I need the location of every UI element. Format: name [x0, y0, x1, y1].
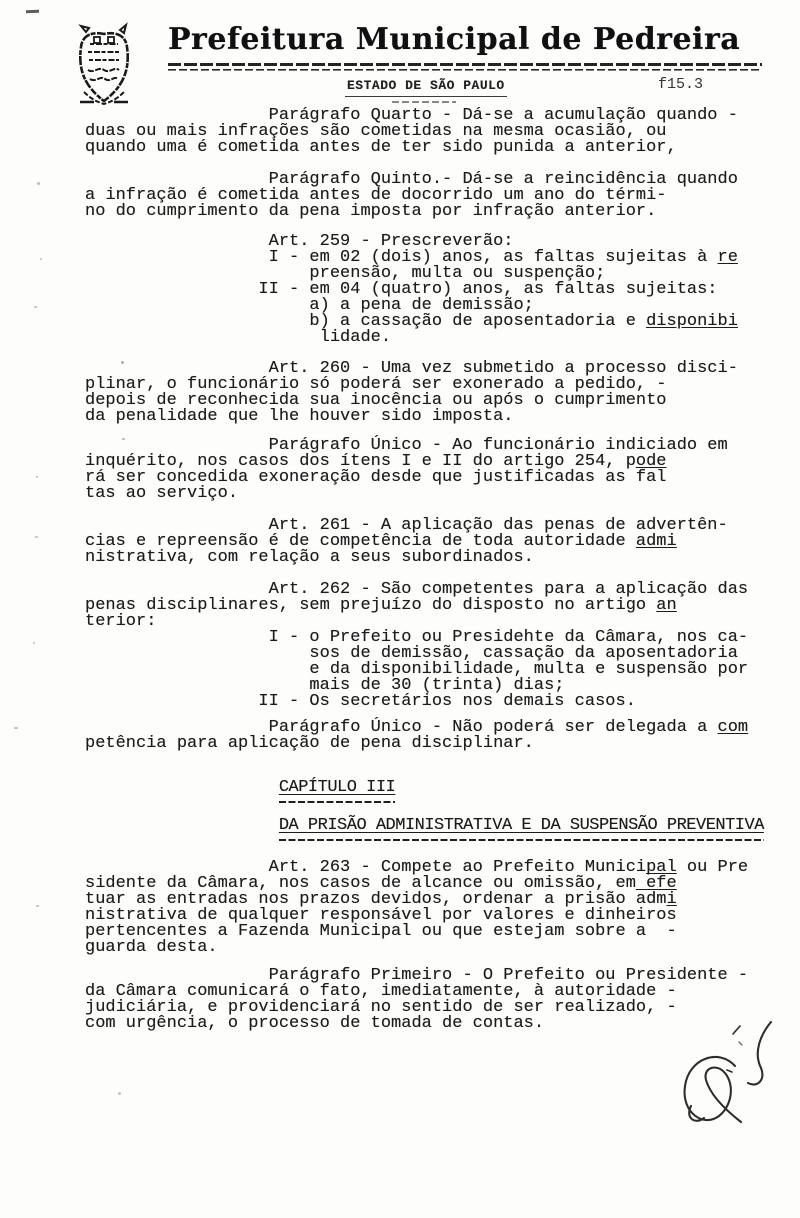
text-line: nistrativa, com relação a seus subordina… [85, 550, 764, 566]
section-heading: CAPÍTULO III [279, 778, 395, 803]
paragraph-block: Art. 262 - São competentes para a aplica… [85, 582, 764, 710]
hyphenation-mark: admi [636, 532, 677, 551]
text-line: guarda desta. [85, 940, 764, 956]
scan-artifact [121, 361, 124, 364]
paragraph-block: Art. 260 - Uma vez submetido a processo … [85, 361, 764, 425]
scan-artifact [36, 476, 38, 478]
text-segment: II - Os secretários nos demais casos. [85, 692, 636, 711]
title-underline [168, 63, 762, 72]
hyphenation-mark: com [718, 718, 749, 737]
text-segment: no do cumprimento da pena imposta por in… [85, 202, 656, 221]
text-segment: guarda desta. [85, 938, 218, 957]
paragraph-block: Art. 263 - Compete ao Prefeito Municipal… [85, 860, 764, 956]
section-heading: DA PRISÃO ADMINISTRATIVA E DA SUSPENSÃO … [279, 816, 764, 841]
text-segment: tas ao serviço. [85, 484, 238, 503]
text-line: petência para aplicação de pena discipli… [85, 736, 764, 752]
text-segment: quando uma é cometida antes de ter sido … [85, 138, 677, 157]
scan-artifact [118, 1092, 121, 1095]
folio-number: f15.3 [658, 76, 703, 94]
scan-artifact [34, 306, 37, 308]
text-segment: nistrativa, com relação a seus subordina… [85, 548, 534, 567]
coat-of-arms-logo [72, 22, 136, 110]
state-label: ESTADO DE SÃO PAULO [345, 78, 507, 97]
scan-artifact [26, 10, 39, 13]
document-title: Prefeitura Municipal de Pedreira [168, 22, 740, 57]
scan-artifact [37, 182, 40, 185]
text-line: penas disciplinares, sem prejuízo do dis… [85, 598, 764, 614]
document-body: Parágrafo Quarto - Dá-se a acumulação qu… [85, 108, 764, 1032]
hyphenation-mark: an [656, 596, 676, 615]
subtitle-underline [392, 101, 456, 103]
paragraph-block: Art. 259 - Prescreverão: I - em 02 (dois… [85, 234, 764, 346]
section-heading-block: CAPÍTULO III [279, 780, 764, 796]
hyphenation-mark: re [718, 248, 738, 267]
text-line: da penalidade que lhe houver sido impost… [85, 409, 764, 425]
text-line: lidade. [85, 330, 764, 346]
paragraph-block: Parágrafo Quinto.- Dá-se a reincidência … [85, 172, 764, 220]
text-line: no do cumprimento da pena imposta por in… [85, 204, 764, 220]
scan-artifact [36, 905, 39, 907]
text-segment: petência para aplicação de pena discipli… [85, 734, 534, 753]
handwritten-signature-mark [615, 1008, 800, 1163]
text-segment: penas disciplinares, sem prejuízo do dis… [85, 596, 656, 615]
scan-artifact [33, 642, 35, 644]
text-segment: da penalidade que lhe houver sido impost… [85, 407, 513, 426]
scan-artifact [122, 438, 125, 440]
scan-artifact [35, 536, 38, 538]
text-line: II - Os secretários nos demais casos. [85, 694, 764, 710]
text-line: tas ao serviço. [85, 486, 764, 502]
hyphenation-mark: fal [636, 468, 667, 487]
paragraph-block: Parágrafo Único - Não poderá ser delegad… [85, 720, 764, 752]
scanned-page: Prefeitura Municipal de Pedreira ESTADO … [0, 0, 800, 1218]
section-heading-block: DA PRISÃO ADMINISTRATIVA E DA SUSPENSÃO … [279, 818, 764, 834]
paragraph-block: Parágrafo Único - Ao funcionário indicia… [85, 438, 764, 502]
text-line: quando uma é cometida antes de ter sido … [85, 140, 764, 156]
scan-artifact [40, 258, 42, 260]
text-segment: lidade. [85, 328, 391, 347]
scan-artifact [14, 727, 18, 729]
paragraph-block: Parágrafo Quarto - Dá-se a acumulação qu… [85, 108, 764, 156]
paragraph-block: Art. 261 - A aplicação das penas de adve… [85, 518, 764, 566]
hyphenation-mark: disponibi [646, 312, 738, 331]
text-segment: com urgência, o processo de tomada de co… [85, 1014, 544, 1033]
